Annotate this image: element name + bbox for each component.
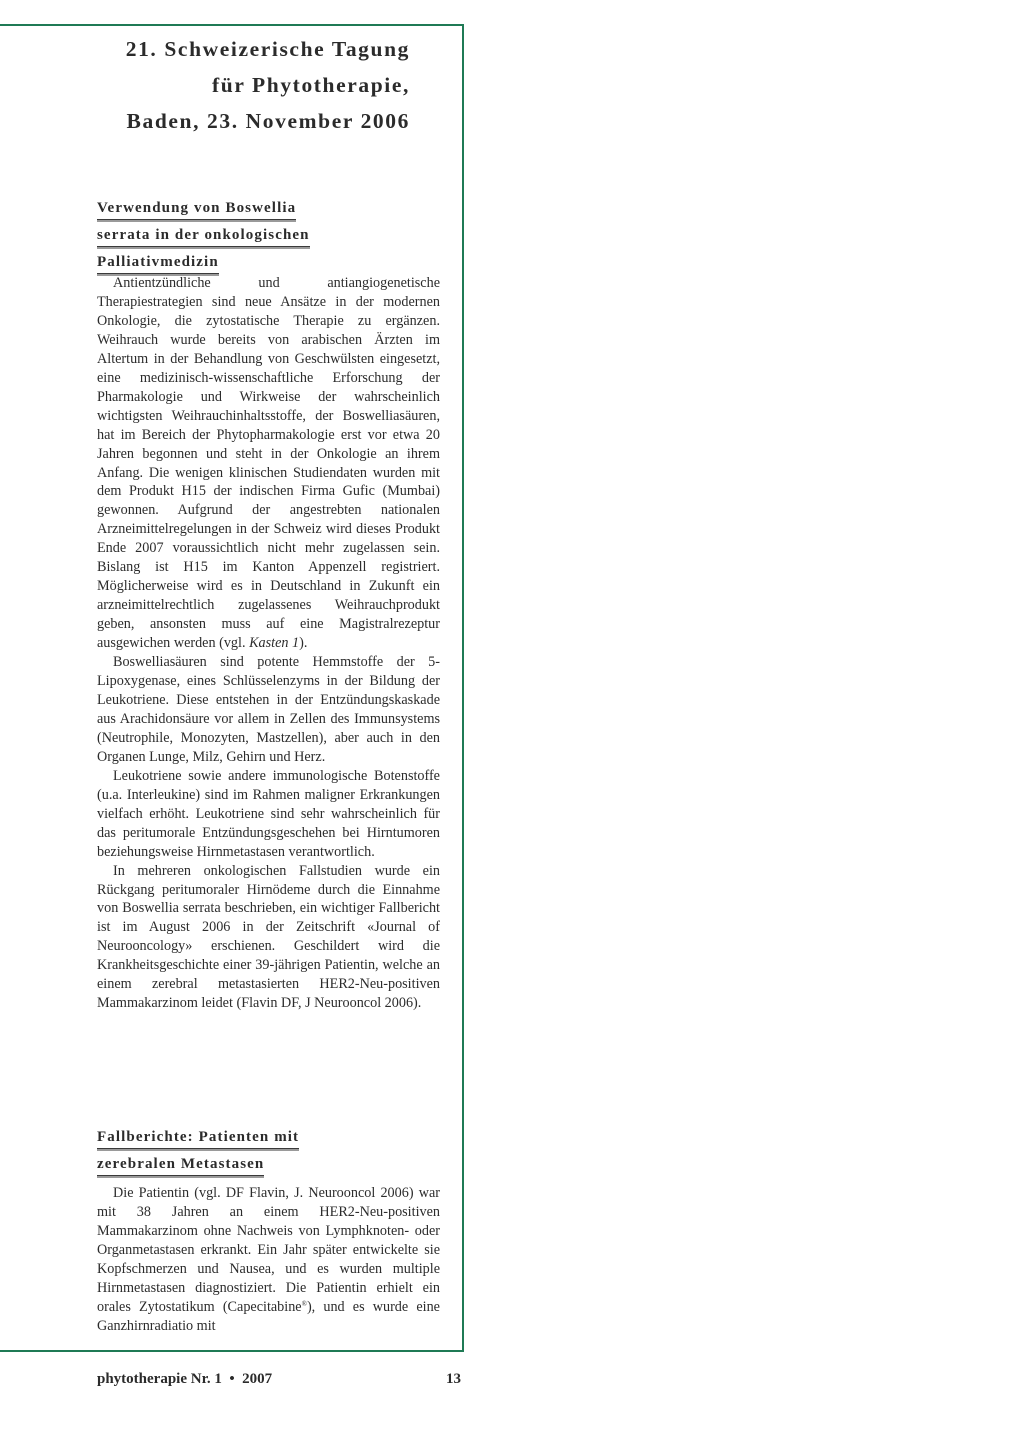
journal-issue: phytotherapie Nr. 1 • 2007 (97, 1371, 272, 1388)
section-heading-boswellia: Verwendung von Boswellia serrata in der … (97, 196, 440, 277)
paragraph: Leukotriene sowie andere immunologische … (97, 767, 440, 862)
section-heading-fallberichte: Fallberichte: Patienten mit zerebralen M… (97, 1125, 440, 1179)
heading-line: serrata in der onkologischen (97, 226, 310, 247)
kasten-reference: Kasten 1 (249, 635, 299, 651)
conference-title-line-3: Baden, 23. November 2006 (100, 103, 410, 139)
heading-line: Verwendung von Boswellia (97, 199, 296, 220)
section-body-fallberichte: Die Patientin (vgl. DF Flavin, J. Neuroo… (97, 1184, 440, 1336)
paragraph: Die Patientin (vgl. DF Flavin, J. Neuroo… (97, 1184, 440, 1336)
conference-title: 21. Schweizerische Tagung für Phytothera… (100, 31, 410, 139)
paragraph: In mehreren onkologischen Fallstudien wu… (97, 862, 440, 1014)
heading-line: Palliativmedizin (97, 253, 219, 274)
paragraph: Antientzündliche und antiangiogenetische… (97, 274, 440, 653)
paragraph: Boswelliasäuren sind potente Hemmstoffe … (97, 653, 440, 767)
heading-line: Fallberichte: Patienten mit (97, 1128, 299, 1149)
conference-title-line-2: für Phytotherapie, (100, 67, 410, 103)
section-body-boswellia: Antientzündliche und antiangiogenetische… (97, 274, 440, 1013)
conference-title-line-1: 21. Schweizerische Tagung (100, 31, 410, 67)
heading-line: zerebralen Metastasen (97, 1155, 264, 1176)
page-number: 13 (446, 1371, 461, 1388)
